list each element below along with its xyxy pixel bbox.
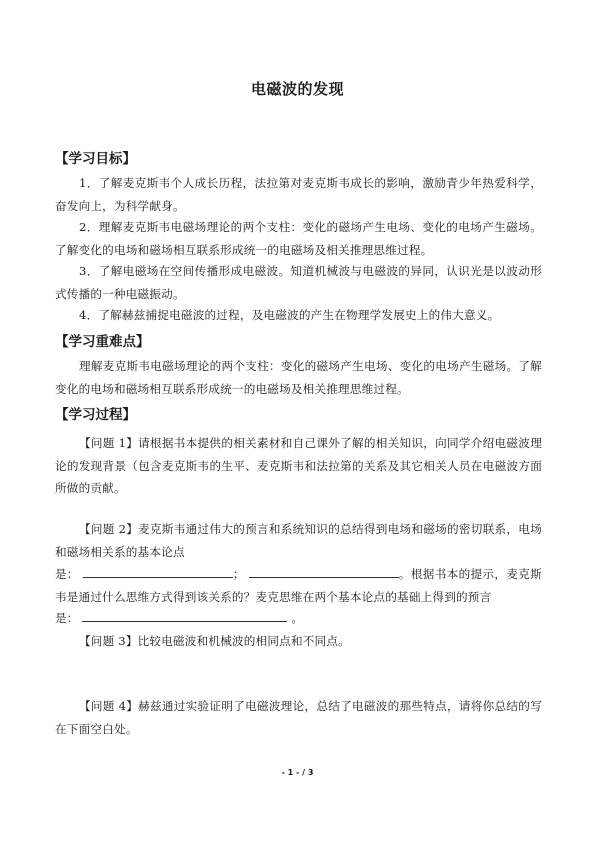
question-1: 【问题 1】请根据书本提供的相关素材和自己课外了解的相关知识，向同学介绍电磁波理… <box>55 432 542 500</box>
answer-blank-1[interactable] <box>83 565 233 578</box>
question-2-blanks: 是： ； 。根据书本的提示，麦克斯韦是通过什么思维方式得到该关系的？麦克思维在两… <box>55 563 542 608</box>
objective-item-1: 1．了解麦克斯韦个人成长历程，法拉第对麦克斯韦成长的影响，激励青少年热爱科学，奋… <box>55 172 542 217</box>
answer-blank-2[interactable] <box>249 565 399 578</box>
answer-blank-3[interactable] <box>82 609 287 622</box>
document-page: 电磁波的发现 【学习目标】 1．了解麦克斯韦个人成长历程，法拉第对麦克斯韦成长的… <box>0 0 595 841</box>
process-heading: 【学习过程】 <box>55 403 136 423</box>
question-2-intro: 【问题 2】麦克斯韦通过伟大的预言和系统知识的总结得到电场和磁场的密切联系，电场… <box>55 518 542 563</box>
objective-item-4: 4．了解赫兹捕捉电磁波的过程，及电磁波的产生在物理学发展史上的伟大意义。 <box>55 304 542 327</box>
objectives-heading: 【学习目标】 <box>55 147 136 167</box>
question-2-prediction: 是： 。 <box>55 607 542 630</box>
key-points-heading: 【学习重难点】 <box>55 330 150 350</box>
q2-end: 。 <box>291 611 303 625</box>
objective-item-2: 2．理解麦克斯韦电磁场理论的两个支柱：变化的磁场产生电场、变化的电场产生磁场。了… <box>55 216 542 261</box>
objective-item-3: 3．了解电磁场在空间传播形成电磁波。知道机械波与电磁波的异同，认识光是以波动形式… <box>55 260 542 305</box>
q2-prefix-2: 是： <box>55 611 79 625</box>
q2-separator: ； <box>233 567 245 581</box>
document-title: 电磁波的发现 <box>0 78 595 99</box>
key-points-text: 理解麦克斯韦电磁场理论的两个支柱：变化的磁场产生电场、变化的电场产生磁场。了解变… <box>55 355 542 400</box>
q2-prefix: 是： <box>55 567 79 581</box>
question-3: 【问题 3】比较电磁波和机械波的相同点和不同点。 <box>55 630 542 653</box>
page-indicator: - 1 - / 3 <box>0 768 595 777</box>
question-4: 【问题 4】赫兹通过实验证明了电磁波理论，总结了电磁波的那些特点，请将你总结的写… <box>55 695 542 740</box>
